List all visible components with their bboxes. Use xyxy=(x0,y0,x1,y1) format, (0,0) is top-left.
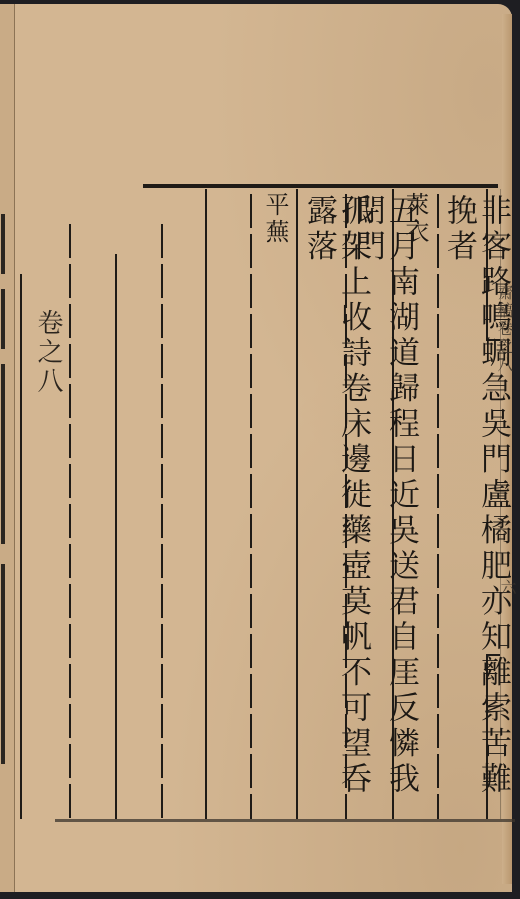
center-mark: 齋稿卷之八 xyxy=(493,284,516,374)
show-through-text xyxy=(80,234,117,794)
column-rule xyxy=(205,189,207,819)
column-rule xyxy=(296,189,298,819)
column-rule xyxy=(250,194,252,819)
text-column-5: 平蕪 xyxy=(258,192,292,272)
column-rule xyxy=(437,194,439,819)
book-page: 非客路鳴蜩急吳門盧橘肥亦知離索苦難挽者 萊衣 五月南湖道歸程日近吳送君自厓反憐我… xyxy=(0,4,512,892)
left-page-edge xyxy=(0,4,15,892)
column-rule xyxy=(161,224,163,819)
volume-label: 卷之八 xyxy=(30,309,67,396)
column-rule xyxy=(69,224,71,819)
column-rule xyxy=(20,274,22,819)
leaf-number: 六 xyxy=(496,579,519,597)
text-column-4: 孤架上收詩卷床邊徙藥壺莫帆不可望呑露落 xyxy=(302,194,370,824)
frame-top-border xyxy=(143,184,498,188)
